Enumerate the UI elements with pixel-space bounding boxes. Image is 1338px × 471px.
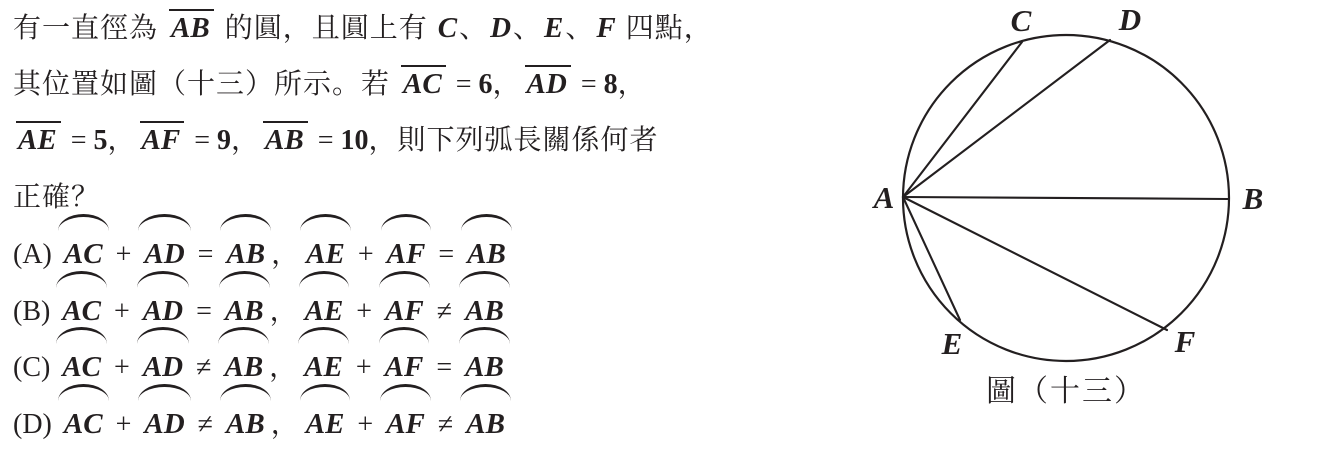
operator: + (107, 352, 137, 383)
option-D: (D)AC + AD ≠ AB，AE + AF ≠ AB (13, 396, 858, 453)
point-label-C: C (1011, 3, 1032, 38)
text-run: ， (269, 352, 298, 383)
chord-AE (903, 197, 960, 320)
operator: + (109, 239, 139, 270)
text-run: ， (271, 239, 300, 270)
text-run: ， (231, 125, 260, 156)
text-run: 正確？ (13, 182, 100, 213)
text-run: ， (270, 296, 299, 327)
text-run: 其位置如圖（十三）所示。若 (13, 69, 398, 100)
problem-stem: 有一直徑為 AB 的圓，且圓上有 C、D、E、F 四點，其位置如圖（十三）所示。… (13, 0, 858, 226)
operator: = (187, 125, 217, 156)
point-label-D: D (1118, 2, 1141, 37)
operator: = (449, 69, 479, 100)
text-run: 、 (565, 13, 594, 44)
stem-line-2: 其位置如圖（十三）所示。若 AC = 6，AD = 8， (13, 57, 858, 114)
option-label-C: (C) (13, 352, 50, 383)
segment-overline: AF (140, 121, 185, 156)
point-variable: F (596, 12, 615, 44)
operator: ≠ (430, 296, 459, 327)
text-run: 的圓，且圓上有 (217, 13, 436, 44)
arc-notation: AB (224, 396, 267, 453)
operator: = (311, 125, 341, 156)
operator: = (431, 239, 461, 270)
option-label-D: (D) (13, 409, 52, 440)
figure-caption: 圖（十三） (986, 375, 1146, 408)
operator: + (349, 352, 379, 383)
operator: = (191, 239, 221, 270)
arc-notation: AC (62, 396, 105, 453)
operator: + (109, 409, 139, 440)
text-run: ，則下列弧長關係何者 (368, 125, 658, 156)
point-variable: E (544, 12, 563, 44)
operator: + (349, 296, 379, 327)
option-label-A: (A) (13, 239, 52, 270)
length-value: 10 (340, 125, 368, 156)
option-C: (C)AC + AD ≠ AB，AE + AF = AB (13, 339, 858, 396)
operator: ≠ (191, 409, 220, 440)
length-value: 8 (604, 69, 618, 100)
text-run: ， (107, 125, 136, 156)
figure-svg: A B C D E F 圖（十三） (850, 0, 1338, 440)
text-run: 四點， (618, 13, 713, 44)
point-label-F: F (1174, 324, 1196, 359)
operator: = (64, 125, 94, 156)
length-value: 9 (217, 125, 231, 156)
text-run: 、 (459, 13, 488, 44)
operator: = (189, 296, 219, 327)
segment-overline: AB (263, 121, 308, 156)
segment-overline: AB (169, 9, 214, 44)
stem-line-3: AE = 5，AF = 9，AB = 10，則下列弧長關係何者 (13, 113, 858, 170)
operator: ≠ (189, 352, 218, 383)
stem-line-4: 正確？ (13, 170, 858, 227)
segment-overline: AC (401, 65, 446, 100)
segment-overline: AE (16, 121, 61, 156)
option-A: (A)AC + AD = AB，AE + AF = AB (13, 226, 858, 283)
chord-AF (903, 197, 1167, 330)
point-variable: C (438, 12, 457, 44)
text-run: 、 (513, 13, 542, 44)
operator: = (429, 352, 459, 383)
diameter-AB (903, 197, 1228, 199)
text-run: 有一直徑為 (13, 13, 166, 44)
arc-notation: AE (304, 396, 347, 453)
point-label-E: E (941, 326, 963, 361)
arc-notation: AF (384, 396, 427, 453)
option-B: (B)AC + AD = AB，AE + AF ≠ AB (13, 283, 858, 340)
arc-notation: AB (464, 396, 507, 453)
circle-figure: A B C D E F 圖（十三） (850, 0, 1338, 440)
problem-statement: 有一直徑為 AB 的圓，且圓上有 C、D、E、F 四點，其位置如圖（十三）所示。… (13, 0, 858, 452)
operator: ≠ (431, 409, 460, 440)
operator: + (107, 296, 137, 327)
text-run: ， (493, 69, 522, 100)
stem-line-1: 有一直徑為 AB 的圓，且圓上有 C、D、E、F 四點， (13, 0, 858, 57)
operator: = (574, 69, 604, 100)
option-label-B: (B) (13, 296, 50, 327)
operator: + (350, 409, 380, 440)
operator: + (351, 239, 381, 270)
point-variable: D (490, 12, 511, 44)
point-label-B: B (1242, 181, 1264, 216)
segment-overline: AD (525, 65, 571, 100)
point-label-A: A (872, 180, 895, 215)
length-value: 6 (479, 69, 493, 100)
length-value: 5 (93, 125, 107, 156)
text-run: ， (271, 409, 300, 440)
arc-notation: AD (142, 396, 186, 453)
text-run: ， (618, 69, 647, 100)
answer-options: (A)AC + AD = AB，AE + AF = AB(B)AC + AD =… (13, 226, 858, 452)
